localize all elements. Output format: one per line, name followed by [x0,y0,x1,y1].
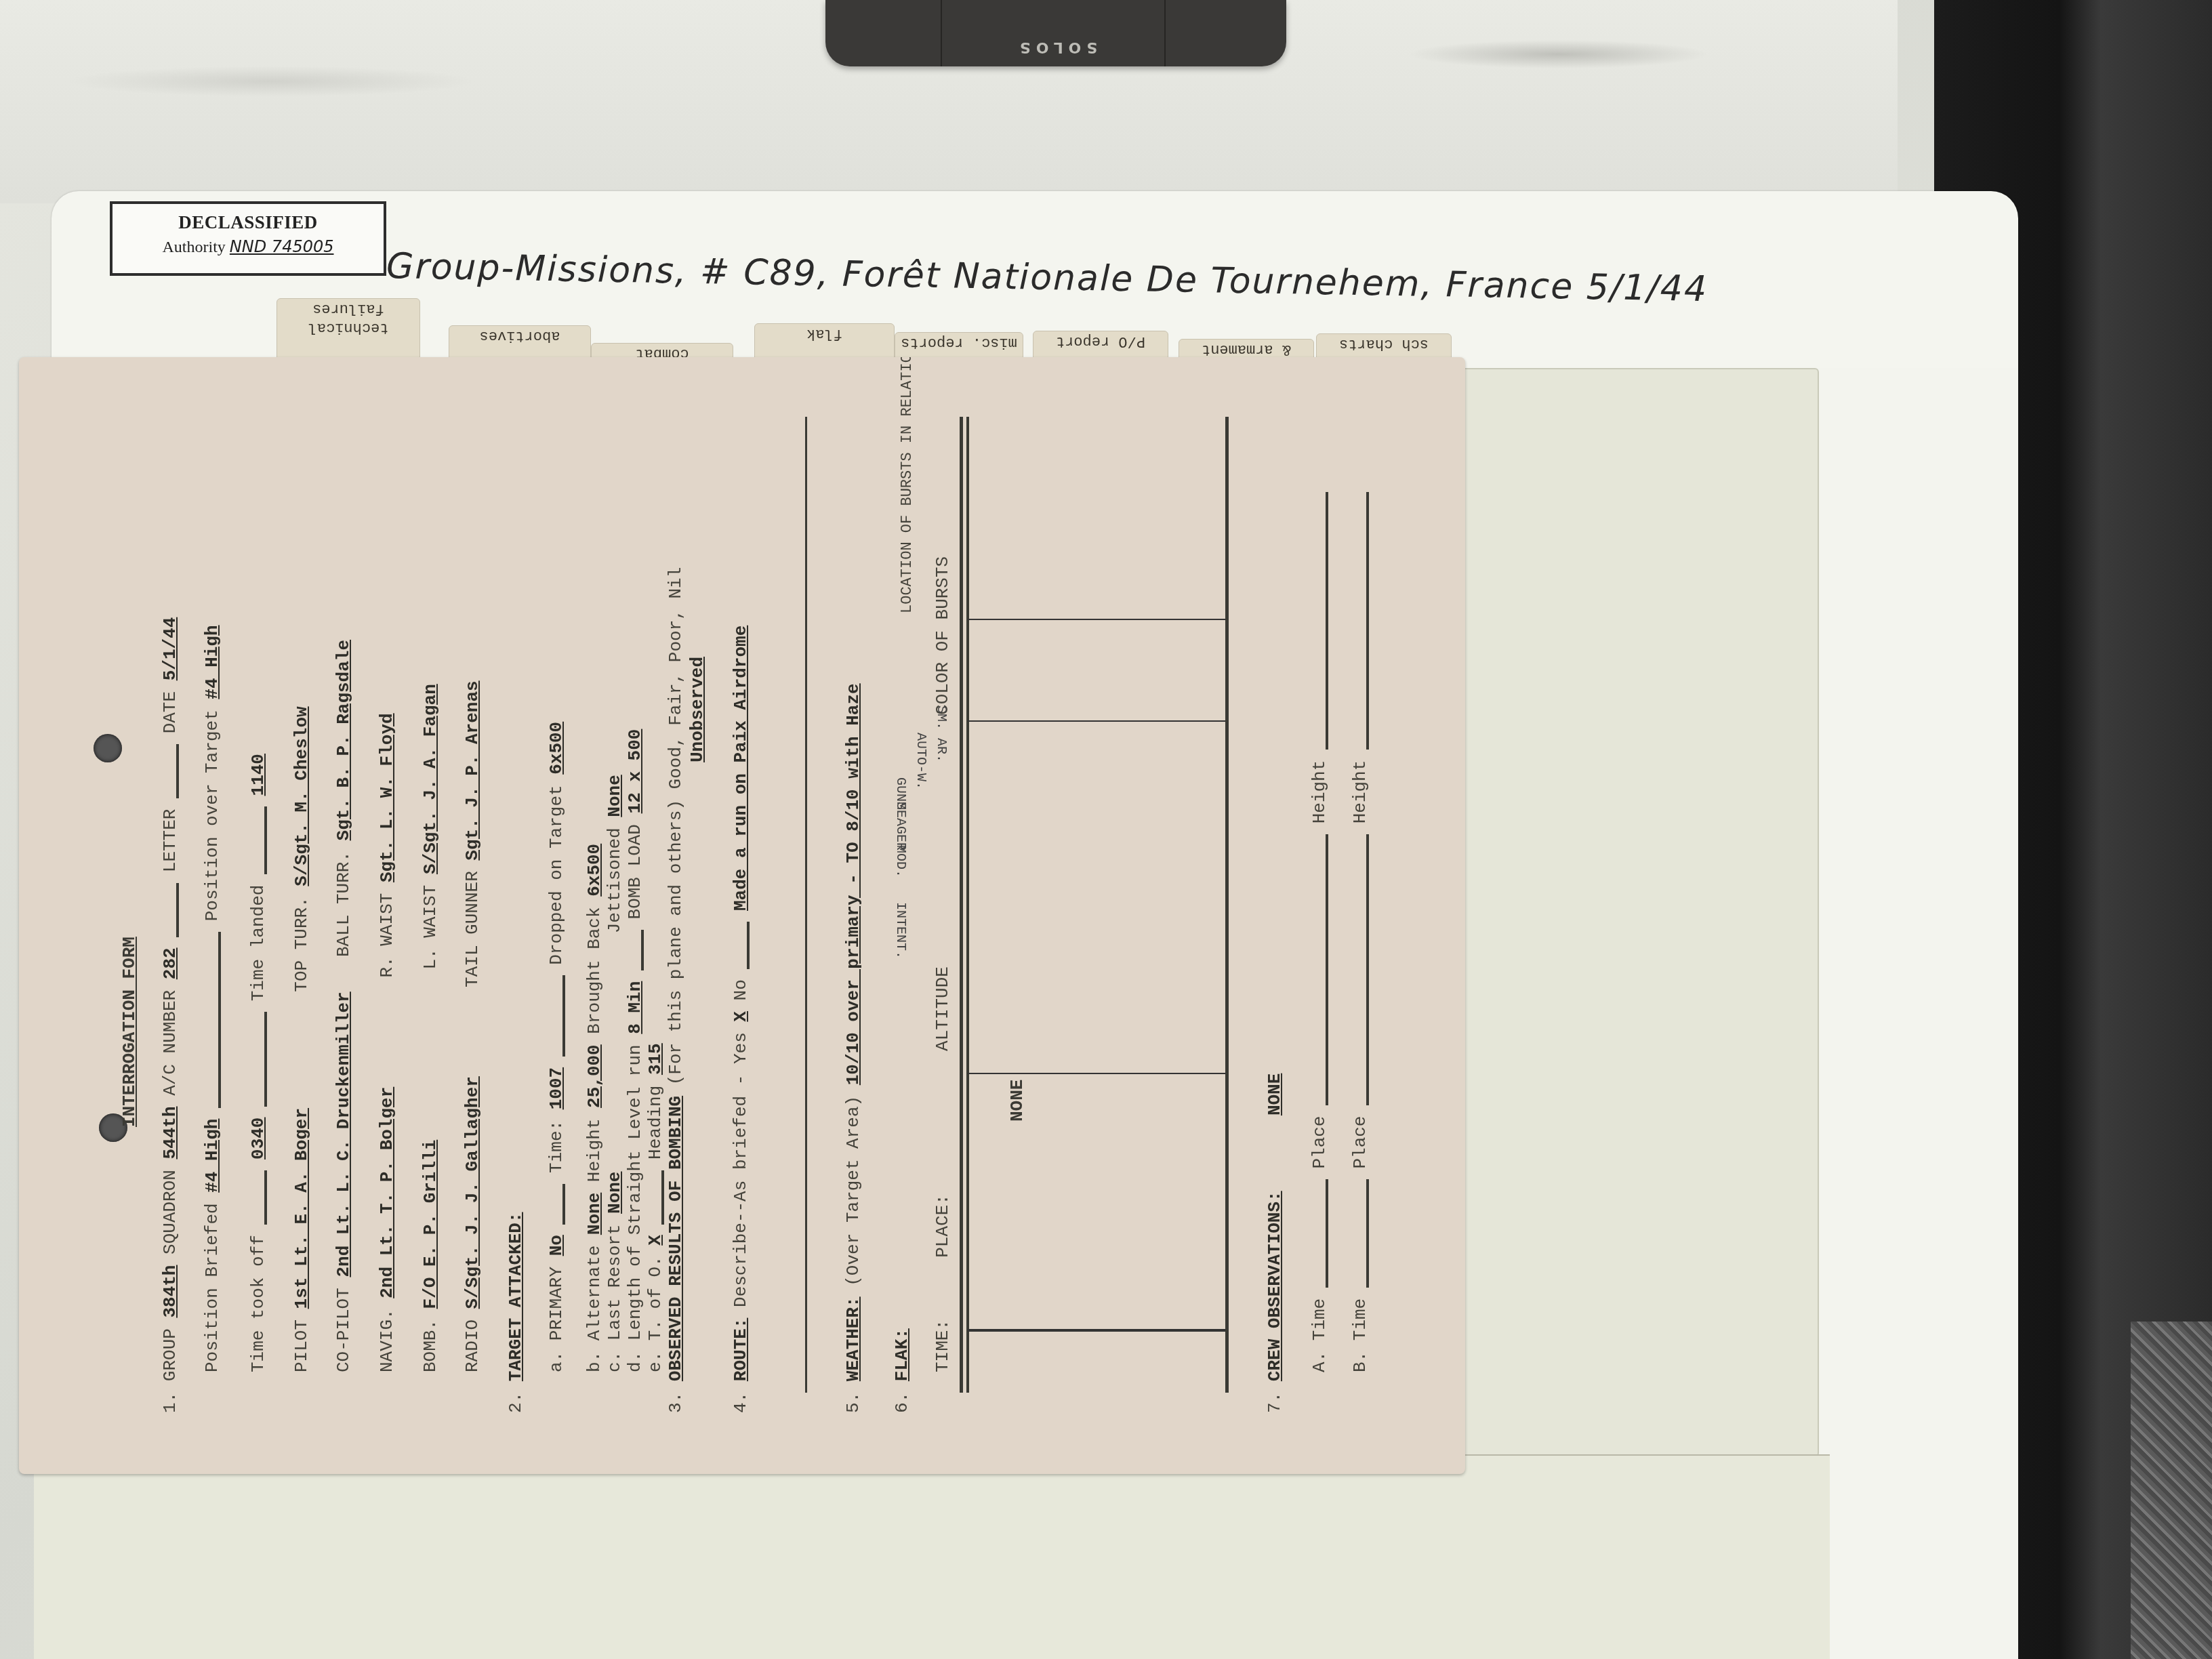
crew-row-3: NAVIG. 2nd Lt. T. P. Bolger R. WAIST Sgt… [378,713,396,1372]
stamp-authority-label: Authority [163,239,226,256]
flak-divider [968,1329,1225,1332]
section7-heading: 7. CREW OBSERVATIONS: NONE [1266,1073,1284,1413]
form-title: INTERROGATION FORM [121,937,138,1127]
crew-observation-a: A. Time Place Height [1311,492,1328,1372]
section1-header-row: 1. GROUP 384th SQUADRON 544th A/C NUMBER… [161,617,179,1413]
flak-table-top2 [966,417,969,1393]
carpet [2131,1322,2212,1659]
flak-divider [968,720,1225,722]
straight-run-row: d. Length of Straight Level run 8 Min BO… [626,729,644,1372]
crew-observation-b: B. Time Place Height [1351,492,1369,1372]
crew-row-2: CO-PILOT 2nd Lt. L. C. Druckenmiller BAL… [335,640,352,1372]
flak-col-intent: INTENT. [893,902,907,959]
stamp-title: DECLASSIFIED [112,212,384,233]
flak-table-top [960,417,963,1393]
date-value: 5/1/44 [160,617,180,681]
declassified-stamp: DECLASSIFIED Authority NND 745005 [110,201,386,276]
section4-row: 4. ROUTE: Describe--As briefed - Yes X N… [732,626,750,1413]
flak-col-sm-ar: SM. AR. [934,705,947,762]
stamp-authority-value: NND 745005 [230,237,334,256]
section2-heading: 2. TARGET ATTACKED: [507,1212,525,1413]
section5-row: 5. WEATHER: (Over Target Area) 10/10 ove… [844,683,862,1413]
flak-divider [968,619,1225,620]
flak-divider [968,1073,1225,1074]
last-resort-row: c. Last Resort None Jettisoned None [606,775,623,1372]
underlying-sheet [1457,368,1819,1457]
flak-col-auto-w: AUTO-W. [914,733,927,790]
squadron-value: 544th [160,1106,180,1159]
ac-number-value: 282 [160,947,180,979]
solos-device: SOLOS [825,0,1286,66]
crew-observations-value: NONE [1265,1073,1285,1115]
crew-row-4: BOMB. F/O E. P. Grilli L. WAIST S/Sgt. J… [422,684,439,1372]
route-line [805,417,807,1393]
to-row: e. T. of O. X Heading 315 [647,1043,664,1372]
crew-row-5: RADIO S/Sgt. J. J. Gallagher TAIL GUNNER… [464,680,481,1372]
primary-row: a. PRIMARY No Time: 1007 Dropped on Targ… [548,722,565,1372]
tab-technical-failures[interactable]: technical failures [276,298,420,366]
observed-results-value: Unobserved [689,657,706,762]
group-value: 384th [160,1265,180,1318]
section6-heading: 6. FLAK: [893,1328,911,1413]
flak-table-bottom [1225,417,1229,1393]
flak-none: NONE [1008,1080,1026,1122]
crew-row-1: PILOT 1st Lt. E. A. Boger TOP TURR. S/Sg… [293,706,310,1372]
section3-row: 3. OBSERVED RESULTS OF BOMBING (For this… [667,567,684,1413]
lower-sheet [34,1454,1830,1659]
flak-col-guns: GUNS [893,777,907,810]
interrogation-form-card: INTERROGATION FORM 1. GROUP 384th SQUADR… [19,357,1465,1474]
position-row: Position Briefed #4 High Position over T… [203,625,221,1372]
times-row: Time took off 0340 Time landed 1140 [249,754,267,1372]
flak-columns-row: TIME: PLACE: ALTITUDE COLOR OF BURSTS [934,556,951,1372]
flak-location-header: LOCATION OF BURSTS IN RELATION A/C [900,357,915,613]
alternate-row: b. Alternate None Height 25,000 Brought … [586,844,603,1372]
folder-inner-page [1816,368,2018,1659]
interrogation-form: INTERROGATION FORM 1. GROUP 384th SQUADR… [19,357,1465,1474]
device-brand: SOLOS [825,39,1286,56]
